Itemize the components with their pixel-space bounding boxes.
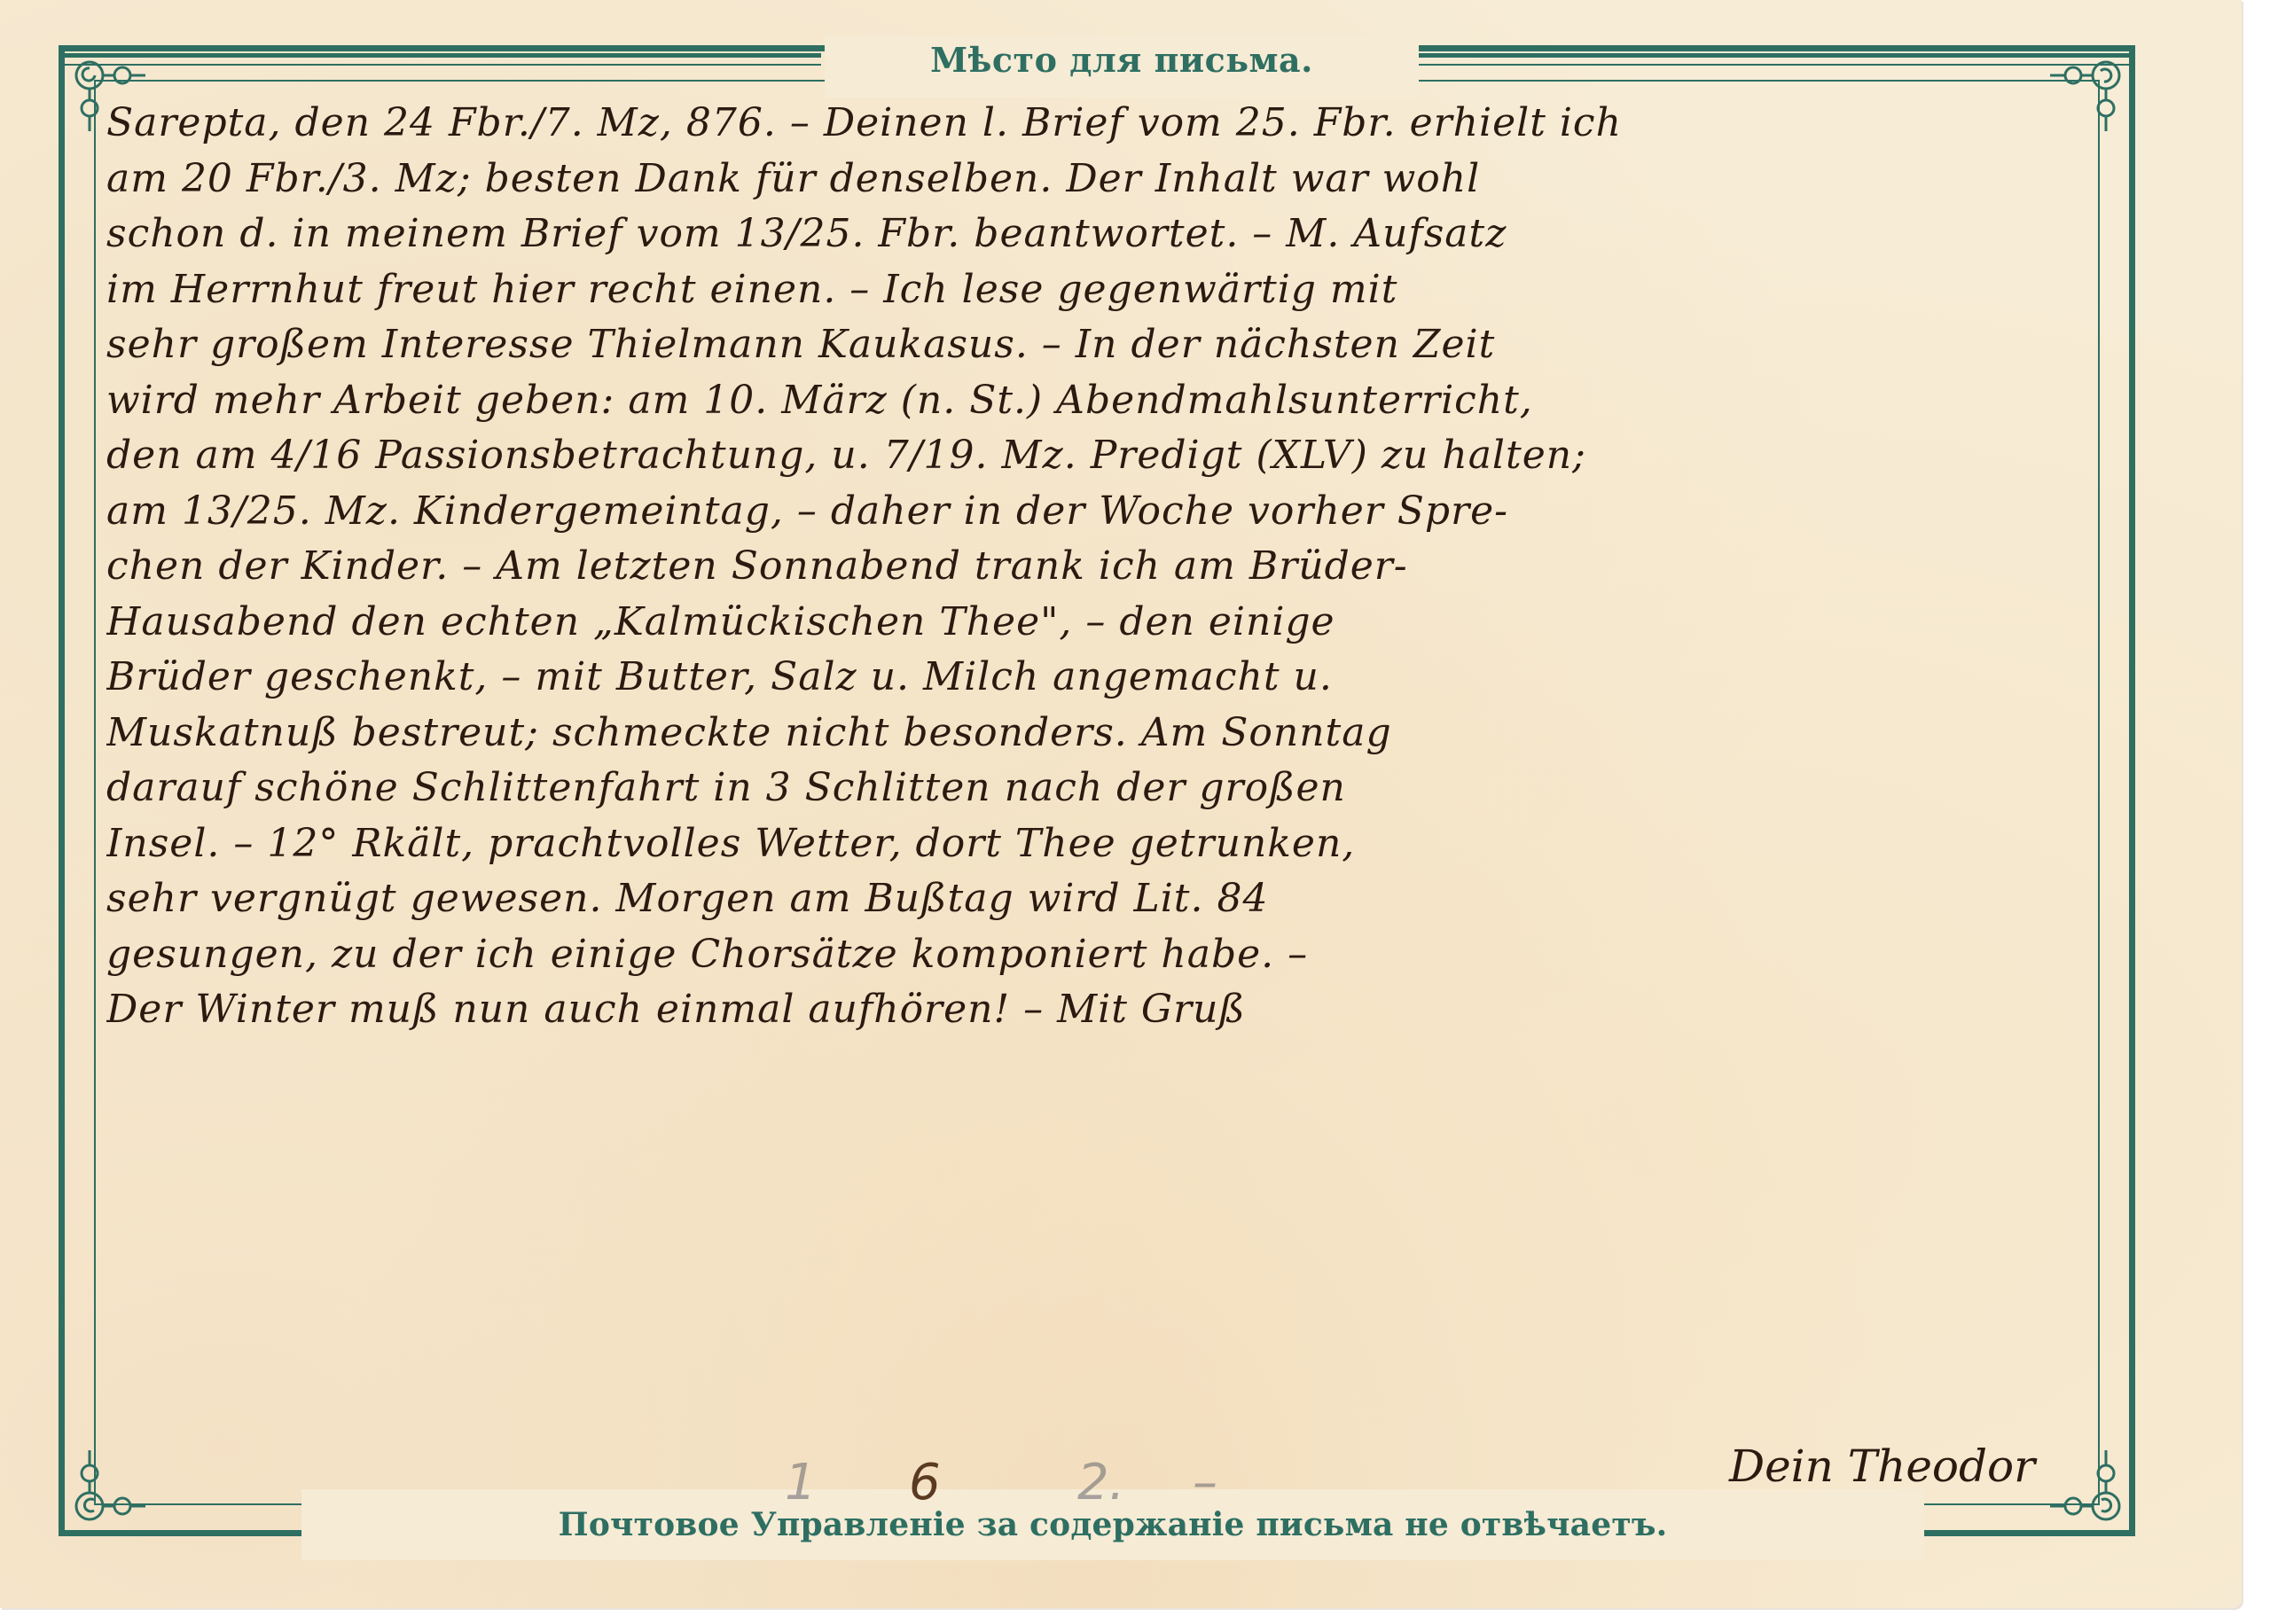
header-rule-left (59, 53, 821, 58)
pencil-mark: 1 (785, 1454, 817, 1511)
letter-line: Brüder geschenkt, – mit Butter, Salz u. … (106, 650, 2093, 706)
letter-line: schon d. in meinem Brief vom 13/25. Fbr.… (106, 207, 2093, 262)
signature: Dein Theodor (1729, 1441, 2035, 1492)
letter-line: im Herrnhut freut hier recht einen. – Ic… (106, 262, 2093, 318)
header-printed-title: Мѣсто для письма. (825, 32, 1419, 89)
letter-line: den am 4/16 Passionsbetrachtung, u. 7/19… (106, 428, 2093, 484)
letter-line: Insel. – 12° Rkält, prachtvolles Wetter,… (106, 816, 2093, 872)
header-rule-left-thin (59, 64, 821, 66)
header-rule-right-thin (1419, 64, 2135, 66)
letter-line: Hausabend den echten „Kalmückischen Thee… (106, 595, 2093, 651)
pencil-mark: – (1193, 1454, 1217, 1511)
corner-ornament-bottom-right-icon (2048, 1448, 2128, 1528)
letter-line: darauf schöne Schlittenfahrt in 3 Schlit… (106, 761, 2093, 816)
letter-line: sehr vergnügt gewesen. Morgen am Bußtag … (106, 871, 2093, 927)
letter-line: sehr großem Interesse Thielmann Kaukasus… (106, 317, 2093, 373)
letter-line: wird mehr Arbeit geben: am 10. März (n. … (106, 373, 2093, 429)
pencil-mark: 2. (1077, 1454, 1124, 1511)
letter-line: am 13/25. Mz. Kindergemeintag, – daher i… (106, 484, 2093, 540)
letter-line: Der Winter muß nun auch einmal aufhören!… (106, 982, 2093, 1038)
pencil-mark: 6 (909, 1454, 941, 1511)
handwritten-letter: Sarepta, den 24 Fbr./7. Mz, 876. – Deine… (106, 96, 2093, 1038)
letter-line: Sarepta, den 24 Fbr./7. Mz, 876. – Deine… (106, 96, 2093, 152)
letter-line: am 20 Fbr./3. Mz; besten Dank für densel… (106, 152, 2093, 207)
letter-line: chen der Kinder. – Am letzten Sonnabend … (106, 539, 2093, 595)
letter-line: Muskatnuß bestreut; schmeckte nicht beso… (106, 706, 2093, 761)
corner-ornament-bottom-left-icon (67, 1448, 147, 1528)
postcard: Мѣсто для письма. Почтовое Управленіе за… (0, 0, 2242, 1608)
letter-line: gesungen, zu der ich einige Chorsätze ko… (106, 927, 2093, 983)
header-rule-right (1419, 53, 2135, 58)
